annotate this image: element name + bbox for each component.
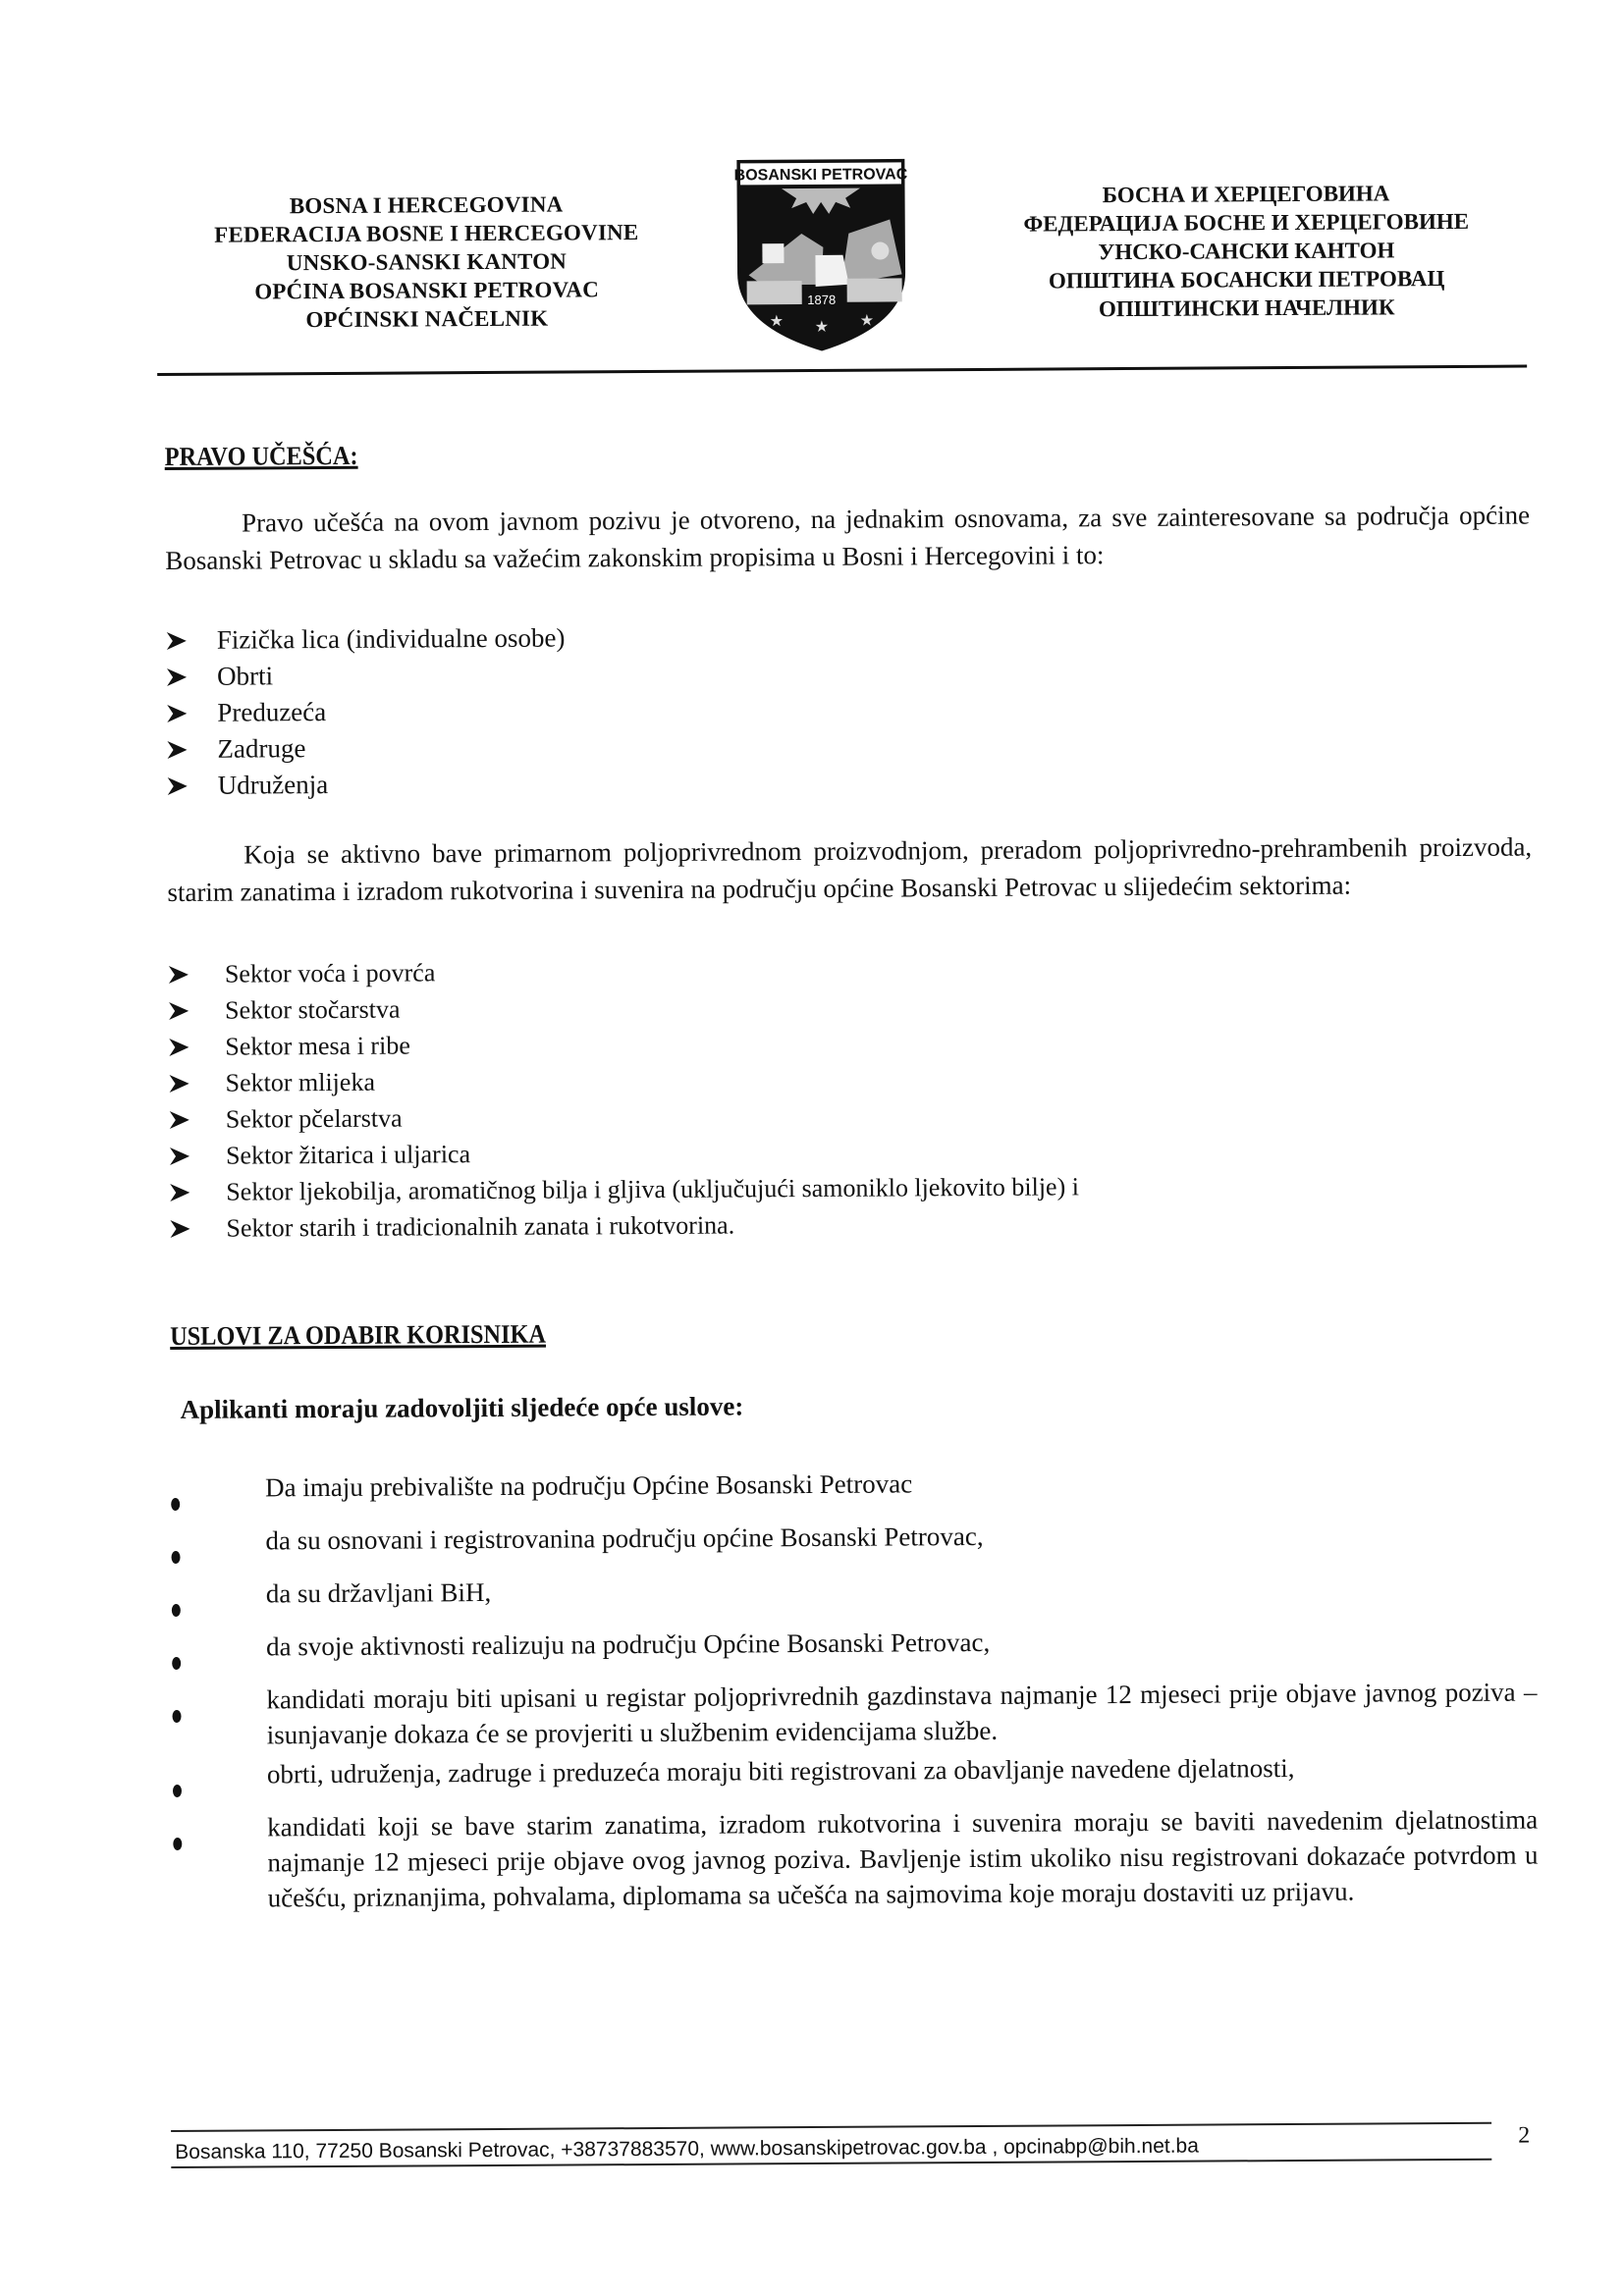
header-latin-line: OPĆINA BOSANSKI PETROVAC — [172, 275, 682, 306]
svg-text:★: ★ — [770, 313, 784, 330]
header-latin: BOSNA I HERCEGOVINA FEDERACIJA BOSNE I H… — [171, 189, 682, 335]
conditions-subtitle: Aplikanti moraju zadovoljiti sljedeće op… — [181, 1391, 744, 1425]
arrow-bullet-icon — [169, 1182, 190, 1201]
sectors-list: Sektor voća i povrća Sektor stočarstva S… — [168, 950, 1079, 1247]
header-cyrillic-line: ФЕДЕРАЦИЈА БОСНЕ И ХЕРЦЕГОВИНЕ — [961, 207, 1531, 240]
arrow-bullet-icon — [169, 1109, 190, 1129]
list-item: Preduzeća — [166, 693, 566, 731]
list-item: Obrti — [166, 657, 566, 695]
arrow-bullet-icon — [167, 775, 189, 795]
list-item: Sektor starih i tradicionalnih zanata i … — [169, 1204, 1079, 1247]
arrow-bullet-icon — [166, 630, 188, 650]
section-title-uslovi: USLOVI ZA ODABIR KORISNIKA — [170, 1319, 546, 1352]
arrow-bullet-icon — [169, 1073, 190, 1093]
crest-banner: BOSANSKI PETROVAC — [734, 166, 908, 184]
svg-text:★: ★ — [860, 313, 874, 330]
header-latin-line: BOSNA I HERCEGOVINA — [171, 189, 681, 221]
bullet-icon — [173, 1838, 182, 1850]
list-item: Udruženja — [167, 766, 567, 804]
list-item: Sektor pčelarstva — [169, 1095, 1079, 1138]
intro-paragraph: Pravo učešća na ovom javnom pozivu je ot… — [165, 497, 1530, 579]
header-cyrillic-line: ОПШТИНА БОСАНСКИ ПЕТРОВАЦ — [962, 264, 1532, 296]
header-cyrillic-line: УНСКО-САНСКИ КАНТОН — [961, 236, 1531, 268]
header-latin-line: UNSKO-SANSKI KANTON — [171, 246, 681, 278]
bullet-icon — [172, 1604, 181, 1617]
list-item: Sektor voća i povrća — [168, 950, 1078, 992]
list-item: obrti, udruženja, zadruge i preduzeća mo… — [173, 1748, 1538, 1805]
list-item: Zadruge — [166, 729, 566, 768]
list-item: Fizička lica (individualne osobe) — [166, 620, 566, 659]
eligible-list: Fizička lica (individualne osobe) Obrti … — [166, 620, 567, 804]
document-page: BOSNA I HERCEGOVINA FEDERACIJA BOSNE I H… — [0, 0, 1624, 2296]
list-item: da svoje aktivnosti realizuju na područj… — [172, 1622, 1537, 1679]
crest-year: 1878 — [807, 293, 836, 307]
footer-divider-top — [171, 2122, 1491, 2132]
bullet-icon — [171, 1551, 180, 1564]
svg-text:★: ★ — [815, 319, 829, 336]
list-item: Sektor žitarica i uljarica — [169, 1132, 1079, 1174]
coat-of-arms-icon: BOSANSKI PETROVAC 1878 ★ ★ ★ — [732, 156, 910, 353]
header-latin-line: FEDERACIJA BOSNE I HERCEGOVINE — [171, 218, 681, 249]
sectors-intro-text: Koja se aktivno bave primarnom poljopriv… — [167, 832, 1532, 907]
list-item: Sektor mlijeka — [168, 1059, 1078, 1101]
footer-contact: Bosanska 110, 77250 Bosanski Petrovac, +… — [175, 2135, 1199, 2164]
conditions-list: Da imaju prebivalište na području Općine… — [171, 1463, 1539, 1920]
bullet-icon — [172, 1657, 181, 1670]
bullet-icon — [171, 1498, 180, 1511]
arrow-bullet-icon — [169, 1218, 190, 1238]
arrow-bullet-icon — [168, 1037, 189, 1056]
header-divider — [157, 365, 1527, 377]
bullet-icon — [173, 1785, 182, 1797]
section-title-pravo-ucesca: PRAVO UČEŠĆA: — [165, 441, 358, 472]
sectors-intro-paragraph: Koja se aktivno bave primarnom poljopriv… — [167, 828, 1532, 911]
arrow-bullet-icon — [168, 964, 189, 984]
list-item: kandidati koji se bave starim zanatima, … — [173, 1801, 1539, 1915]
header-cyrillic-line: ОПШТИНСКИ НАЧЕЛНИК — [962, 293, 1532, 325]
arrow-bullet-icon — [169, 1146, 190, 1165]
list-item: Sektor ljekobilja, aromatičnog bilja i g… — [169, 1168, 1079, 1210]
list-item: Sektor mesa i ribe — [168, 1023, 1078, 1065]
bullet-icon — [172, 1710, 181, 1723]
header-latin-line: OPĆINSKI NAČELNIK — [172, 303, 682, 335]
list-item: da su osnovani i registrovanina području… — [171, 1516, 1536, 1573]
intro-text: Pravo učešća na ovom javnom pozivu je ot… — [165, 501, 1530, 575]
list-item: kandidati moraju biti upisani u registar… — [172, 1675, 1537, 1753]
page-number: 2 — [1518, 2123, 1530, 2150]
arrow-bullet-icon — [166, 667, 188, 686]
arrow-bullet-icon — [166, 703, 188, 722]
header-cyrillic-line: БОСНА И ХЕРЦЕГОВИНА — [961, 179, 1531, 211]
list-item: da su državljani BiH, — [172, 1569, 1537, 1626]
arrow-bullet-icon — [168, 1000, 189, 1020]
header-cyrillic: БОСНА И ХЕРЦЕГОВИНА ФЕДЕРАЦИЈА БОСНЕ И Х… — [961, 179, 1532, 325]
list-item: Sektor stočarstva — [168, 987, 1078, 1029]
arrow-bullet-icon — [166, 739, 188, 759]
list-item: Da imaju prebivalište na području Općine… — [171, 1463, 1536, 1520]
